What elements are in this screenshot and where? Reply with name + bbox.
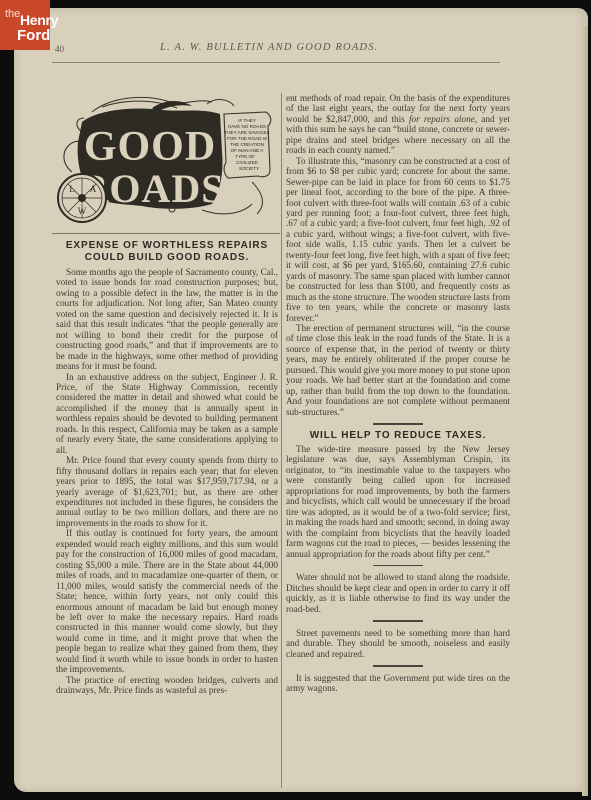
headline-line-1: EXPENSE OF WORTHLESS REPAIRS [56, 240, 278, 252]
bicycle-wheel-emblem: L A W [58, 174, 106, 222]
italic-emphasis: for repairs alone [409, 114, 475, 124]
article-paragraph: To illustrate this, “masonry can be cons… [286, 156, 510, 323]
svg-text:A: A [90, 184, 97, 194]
headline-line-2: COULD BUILD GOOD ROADS. [56, 252, 278, 264]
article-paragraph: Some months ago the people of Sacramento… [56, 267, 278, 372]
brief-paragraph: It is suggested that the Government put … [286, 673, 510, 694]
svg-text:TYPE OF: TYPE OF [235, 154, 255, 159]
header-rule [52, 62, 500, 63]
banner-word-good: GOOD [84, 124, 216, 170]
page-number: 40 [55, 44, 64, 54]
good-roads-illustration: GOOD ROADS IF THEY HAVE NO ROADS THEY AR… [52, 92, 280, 227]
watermark-the: the [5, 9, 20, 20]
brief-paragraph: Street pavements need to be something mo… [286, 628, 510, 659]
section-rule [373, 620, 423, 622]
svg-text:THE CREATION: THE CREATION [230, 142, 264, 147]
brief-paragraph: Water should not be allowed to stand alo… [286, 572, 510, 614]
column-divider [281, 93, 282, 788]
svg-text:THEY ARE SAVAGES: THEY ARE SAVAGES [224, 130, 269, 135]
section-rule [373, 665, 423, 667]
svg-text:CIVILIZED: CIVILIZED [236, 160, 259, 165]
watermark-henry: Henry [20, 13, 58, 27]
left-column: EXPENSE OF WORTHLESS REPAIRS COULD BUILD… [56, 232, 278, 696]
article-continuation: ent methods of road repair. On the basis… [286, 93, 510, 156]
article-headline-taxes: WILL HELP TO REDUCE TAXES. [286, 431, 510, 441]
article-headline: EXPENSE OF WORTHLESS REPAIRS COULD BUILD… [56, 240, 278, 263]
article-paragraph: Mr. Price found that every county spends… [56, 455, 278, 528]
svg-text:SOCIETY: SOCIETY [239, 166, 259, 171]
svg-text:L: L [69, 184, 75, 194]
article-paragraph: The practice of erecting wooden bridges,… [56, 675, 278, 696]
watermark-ford: Ford [17, 28, 50, 43]
svg-text:HAVE NO ROADS: HAVE NO ROADS [228, 124, 266, 129]
henry-ford-watermark: the Henry Ford [0, 0, 50, 50]
section-rule [373, 423, 423, 425]
running-head: 40 L. A. W. BULLETIN AND GOOD ROADS. [40, 38, 540, 58]
svg-text:FOR THE ROAD IS: FOR THE ROAD IS [227, 136, 267, 141]
svg-text:W: W [78, 206, 87, 216]
article-paragraph: If this outlay is continued for forty ye… [56, 528, 278, 674]
svg-text:OF MAN AND A: OF MAN AND A [231, 148, 265, 153]
svg-text:IF THEY: IF THEY [238, 118, 256, 123]
section-rule [373, 565, 423, 567]
publication-title: L. A. W. BULLETIN AND GOOD ROADS. [160, 42, 379, 53]
page-edge [582, 26, 588, 796]
right-column: ent methods of road repair. On the basis… [286, 93, 510, 694]
article-paragraph: The erection of permanent structures wil… [286, 323, 510, 417]
article-paragraph: The wide-tire measure passed by the New … [286, 444, 510, 559]
article-paragraph: In an exhaustive address on the subject,… [56, 372, 278, 456]
good-roads-banner-icon: GOOD ROADS IF THEY HAVE NO ROADS THEY AR… [52, 92, 280, 227]
